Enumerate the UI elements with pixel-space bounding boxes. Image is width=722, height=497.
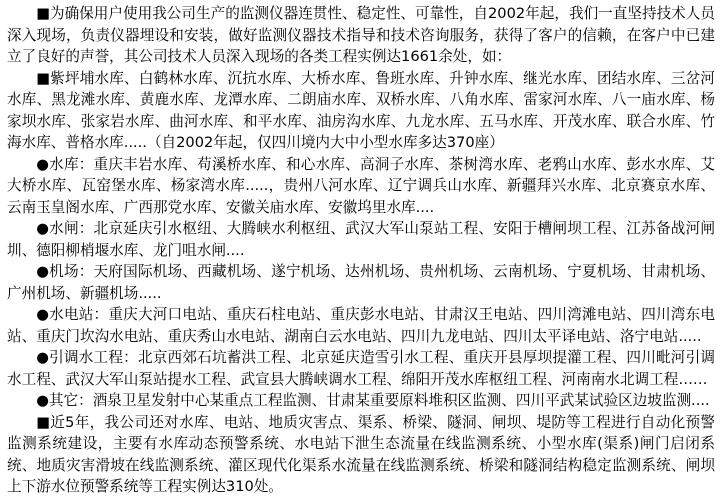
bullet-item-water-diversion-projects: ●引调水工程：北京西郊石坑蓄洪工程、北京延庆造雪引水工程、重庆开县厚坝提灌工程、… <box>7 347 715 390</box>
bullet-item-sluices: ●水闸：北京延庆引水枢纽、大腾峡水利枢纽、武汉大军山泵站工程、安阳于槽闸坝工程、… <box>7 218 715 261</box>
circle-bullet-icon: ● <box>36 306 49 323</box>
paragraph-text: 机场：天府国际机场、西藏机场、遂宁机场、达州机场、贵州机场、云南机场、宁夏机场、… <box>7 263 715 302</box>
bullet-item-others: ●其它：酒泉卫星发射中心某重点工程监测、甘肃某重要原料堆积区监测、四川平武某试验… <box>7 390 715 412</box>
document-page: ■为确保用户使用我公司生产的监测仪器连贯性、稳定性、可靠性，自2002年起，我们… <box>0 0 722 497</box>
square-bullet-icon: ■ <box>36 414 50 431</box>
paragraph-text: 近5年，我公司还对水库、电站、地质灾害点、渠系、桥梁、隧洞、闸坝、堤防等工程进行… <box>7 414 715 496</box>
paragraph-text: 紫坪埔水库、白鹤林水库、沉抗水库、大桥水库、鲁班水库、升钟水库、继光水库、团结水… <box>7 70 715 152</box>
paragraph-monitoring-systems: ■近5年，我公司还对水库、电站、地质灾害点、渠系、桥梁、隧洞、闸坝、堤防等工程进… <box>7 412 715 497</box>
circle-bullet-icon: ● <box>36 220 49 237</box>
paragraph-text: 为确保用户使用我公司生产的监测仪器连贯性、稳定性、可靠性，自2002年起，我们一… <box>7 5 715 65</box>
circle-bullet-icon: ● <box>36 156 49 173</box>
paragraph-text: 水闸：北京延庆引水枢纽、大腾峡水利枢纽、武汉大军山泵站工程、安阳于槽闸坝工程、江… <box>7 220 715 259</box>
bullet-item-airports: ●机场：天府国际机场、西藏机场、遂宁机场、达州机场、贵州机场、云南机场、宁夏机场… <box>7 261 715 304</box>
square-bullet-icon: ■ <box>36 70 50 87</box>
paragraph-text: 引调水工程：北京西郊石坑蓄洪工程、北京延庆造雪引水工程、重庆开县厚坝提灌工程、四… <box>7 349 715 388</box>
circle-bullet-icon: ● <box>36 263 49 280</box>
paragraph-text: 水库：重庆丰岩水库、苟溪桥水库、和心水库、高洞子水库、茶树湾水库、老鸦山水库、彭… <box>7 156 715 216</box>
bullet-item-reservoirs: ●水库：重庆丰岩水库、苟溪桥水库、和心水库、高洞子水库、茶树湾水库、老鸦山水库、… <box>7 154 715 219</box>
circle-bullet-icon: ● <box>36 349 49 366</box>
paragraph-text: 其它：酒泉卫星发射中心某重点工程监测、甘肃某重要原料堆积区监测、四川平武某试验区… <box>49 392 710 409</box>
paragraph-text: 水电站：重庆大河口电站、重庆石柱电站、重庆彭水电站、甘肃汉王电站、四川湾滩电站、… <box>7 306 715 345</box>
square-bullet-icon: ■ <box>36 5 50 22</box>
paragraph-sichuan-reservoir-list: ■紫坪埔水库、白鹤林水库、沉抗水库、大桥水库、鲁班水库、升钟水库、继光水库、团结… <box>7 68 715 154</box>
paragraph-intro: ■为确保用户使用我公司生产的监测仪器连贯性、稳定性、可靠性，自2002年起，我们… <box>7 3 715 68</box>
circle-bullet-icon: ● <box>36 392 49 409</box>
bullet-item-hydropower-stations: ●水电站：重庆大河口电站、重庆石柱电站、重庆彭水电站、甘肃汉王电站、四川湾滩电站… <box>7 304 715 347</box>
